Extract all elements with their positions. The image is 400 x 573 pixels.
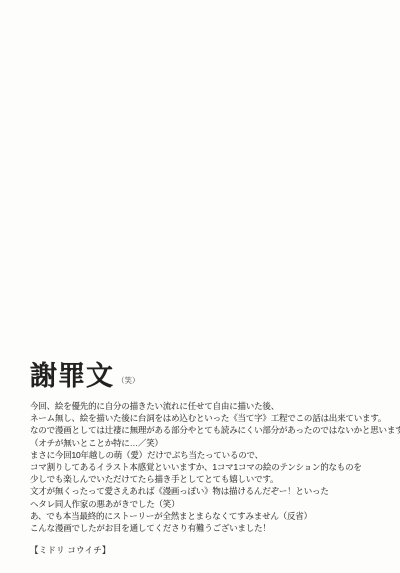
- page-title: 謝罪文: [30, 362, 114, 392]
- scanned-afterword-page: 謝罪文（笑） 今回、絵を優先的に自分の描きたい流れに任せて自由に描いた後、 ネー…: [0, 0, 400, 573]
- afterword-paragraph: 今回、絵を優先的に自分の描きたい流れに任せて自由に描いた後、 ネーム無し、絵を描…: [30, 400, 390, 534]
- afterword-line: ネーム無し、絵を描いた後に台詞をはめ込むといった《当て字》工程でこの話は出来てい…: [30, 412, 390, 424]
- afterword-line: あ、でも本当最終的にストーリーが全然まとまらなくてすみません（反省）: [30, 510, 390, 522]
- afterword-line: なので漫画としては辻褄に無理がある部分やとても読みにくい部分があったのではないか…: [30, 424, 390, 436]
- afterword-line: 少しでも楽しんでいただけてたら描き手としてとても嬉しいです。: [30, 473, 390, 485]
- afterword-line: こんな漫画でしたがお目を通してくださり有難うございました！: [30, 522, 390, 534]
- afterword-line: まさに今回10年越しの萌（愛）だけでぶち当たっているので、: [30, 449, 390, 461]
- page-title-note: （笑）: [117, 375, 140, 386]
- afterword-line: 文才が無くったって愛さえあれば《漫画っぽい》物は描けるんだぞー！といった: [30, 485, 390, 497]
- author-signature: 【ミドリ コウイチ】: [30, 544, 111, 556]
- afterword-line: 今回、絵を優先的に自分の描きたい流れに任せて自由に描いた後、: [30, 400, 390, 412]
- afterword-line: ヘタレ同人作家の悪あがきでした（笑）: [30, 498, 390, 510]
- afterword-line: コマ割りしてあるイラスト本感覚といいますか、1コマ1コマの絵のテンション的なもの…: [30, 461, 390, 473]
- afterword-line: （オチが無いとことか特に…／笑）: [30, 437, 390, 449]
- heading-row: 謝罪文（笑）: [30, 362, 140, 392]
